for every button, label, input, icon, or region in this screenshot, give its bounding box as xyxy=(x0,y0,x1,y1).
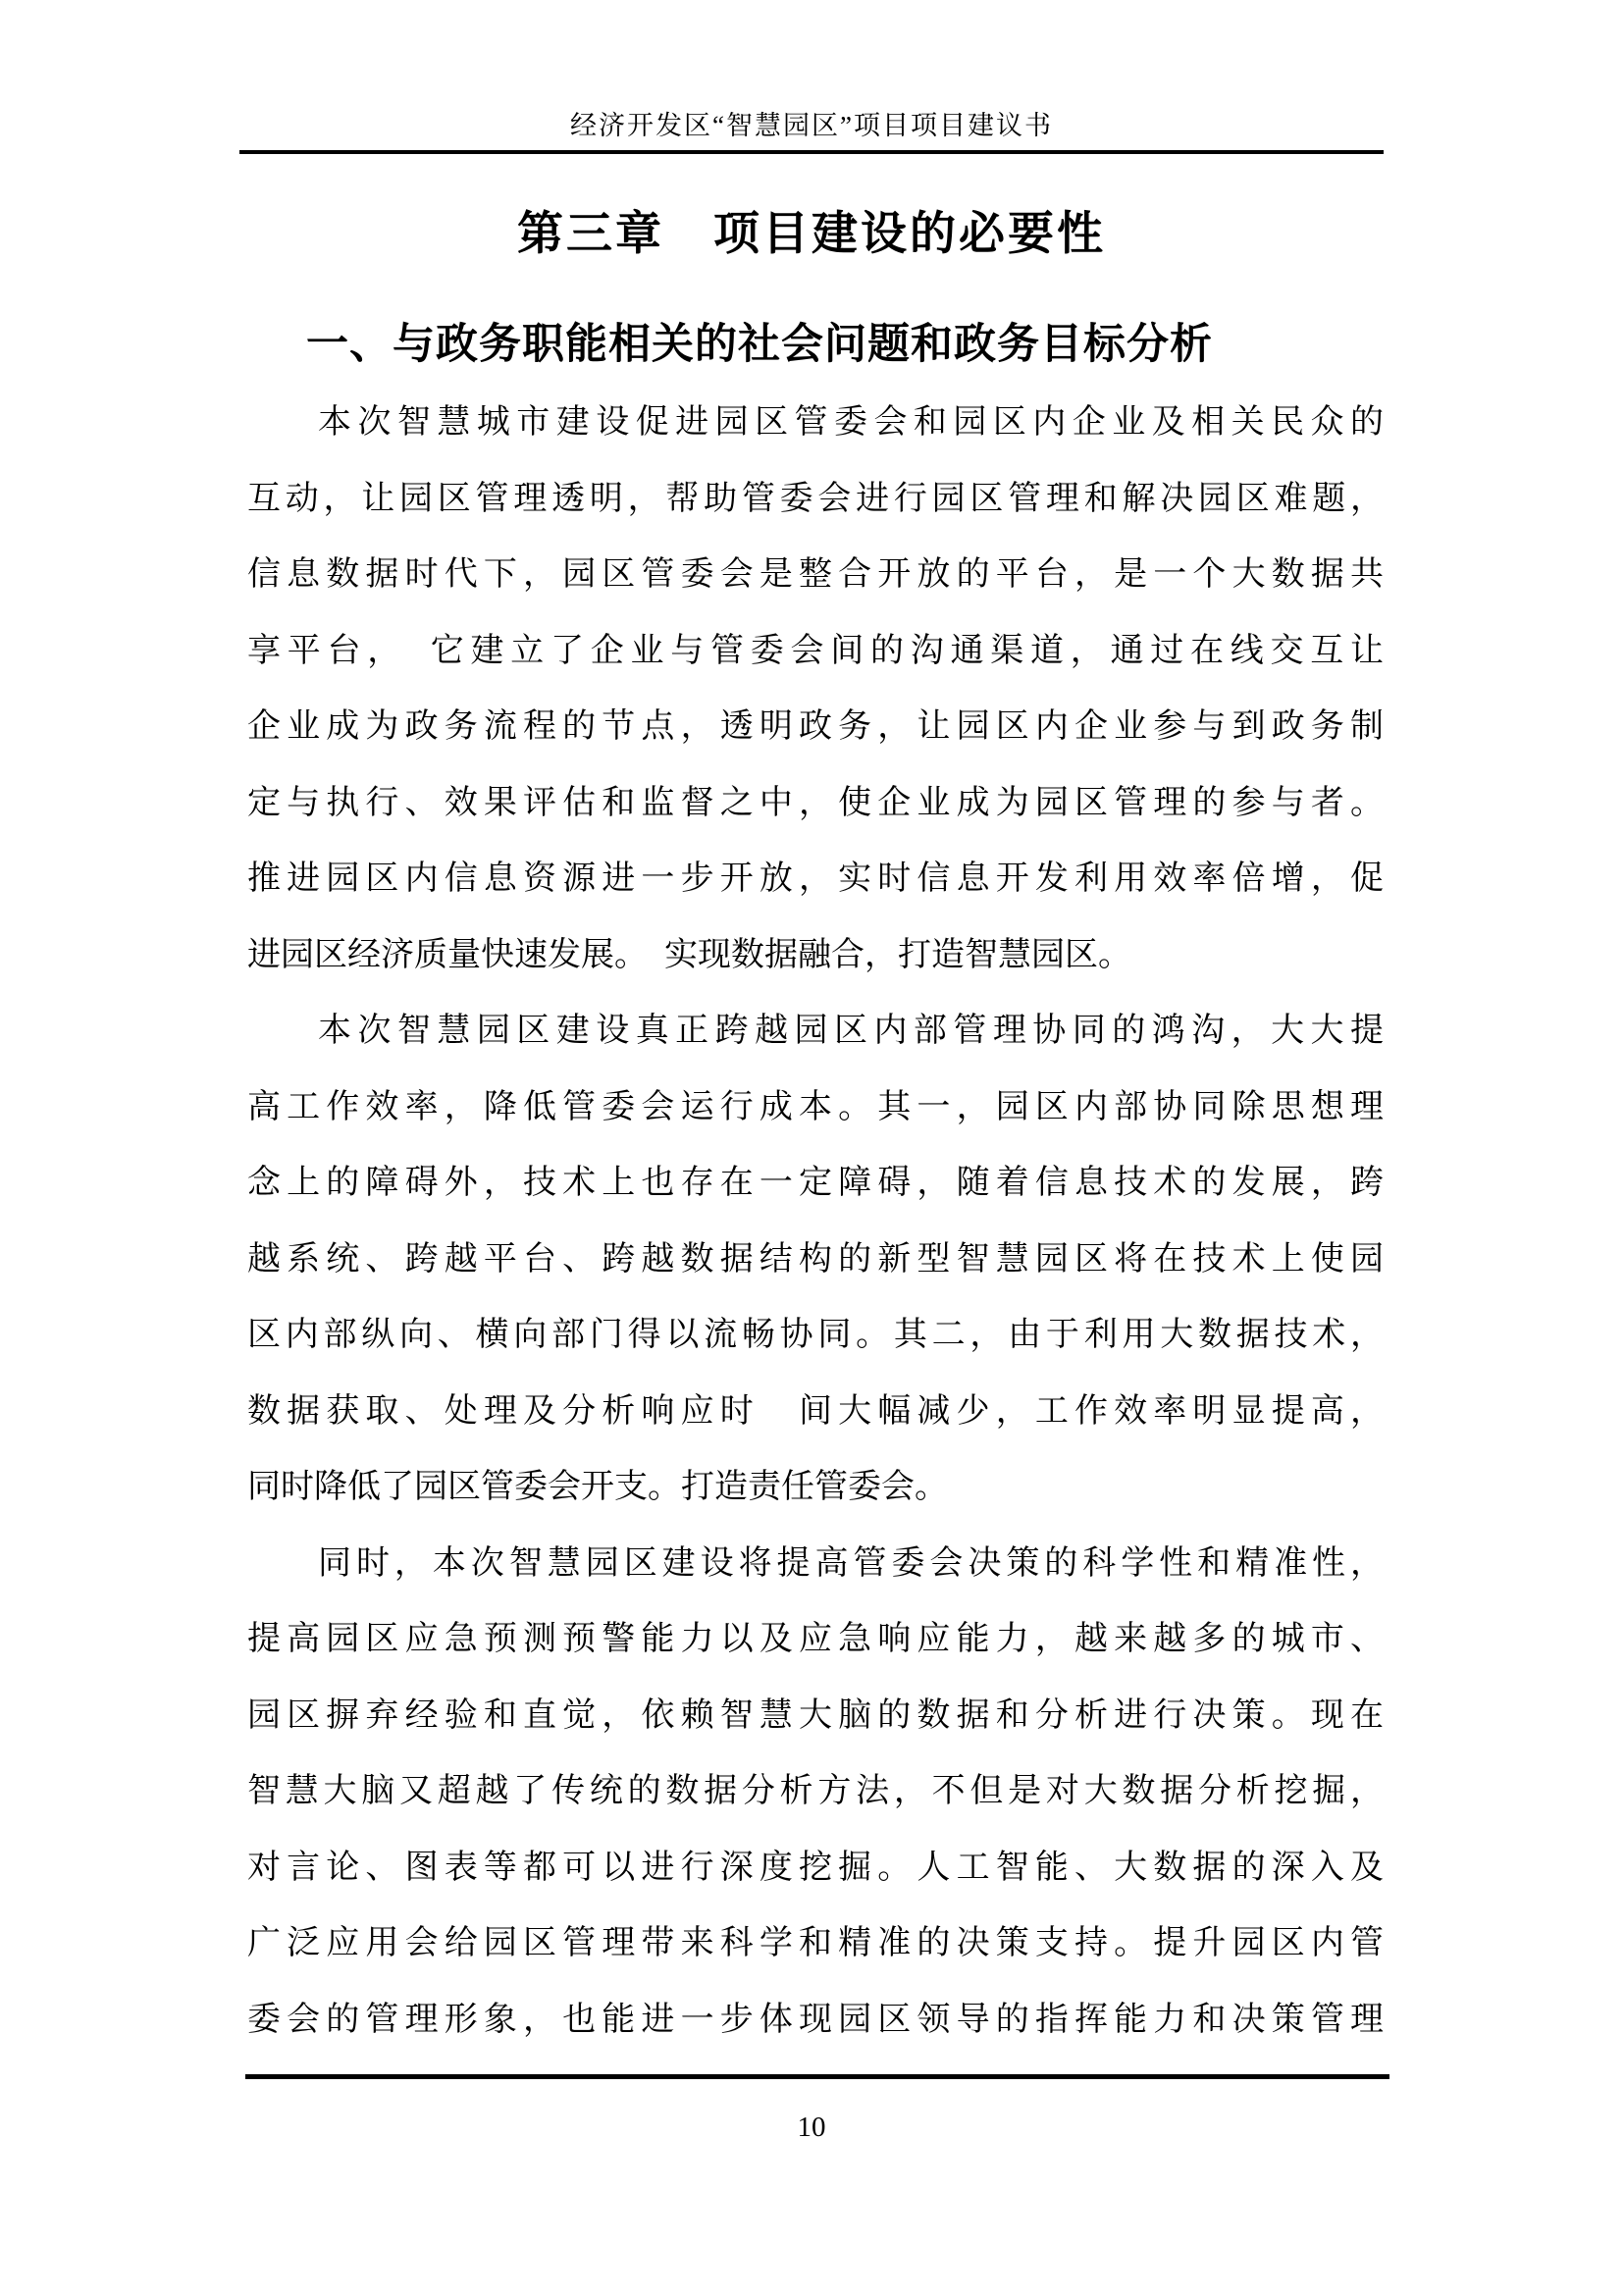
page-number: 10 xyxy=(239,2108,1384,2147)
footer-rule xyxy=(245,2074,1389,2079)
paragraph-line: 对言论、图表等都可以进行深度挖掘。人工智能、大数据的深入及 xyxy=(247,1830,1384,1906)
paragraph-line: 高工作效率，降低管委会运行成本。其一，园区内部协同除思想理 xyxy=(247,1069,1384,1146)
paragraph-line: 本次智慧城市建设促进园区管委会和园区内企业及相关民众的 xyxy=(247,385,1384,461)
paragraph-line: 园区摒弃经验和直觉，依赖智慧大脑的数据和分析进行决策。现在 xyxy=(247,1678,1384,1754)
header-rule xyxy=(239,150,1384,154)
paragraph-line: 进园区经济质量快速发展。 实现数据融合，打造智慧园区。 xyxy=(247,917,1384,994)
paragraph-line: 定与执行、效果评估和监督之中，使企业成为园区管理的参与者。 xyxy=(247,765,1384,842)
paragraph-line: 智慧大脑又超越了传统的数据分析方法，不但是对大数据分析挖掘， xyxy=(247,1753,1384,1830)
paragraph-line: 区内部纵向、横向部门得以流畅协同。其二，由于利用大数据技术， xyxy=(247,1297,1384,1374)
paragraph-line: 提高园区应急预测预警能力以及应急响应能力，越来越多的城市、 xyxy=(247,1601,1384,1678)
paragraph-line: 委会的管理形象，也能进一步体现园区领导的指挥能力和决策管理 xyxy=(247,1982,1384,2059)
paragraph-line: 推进园区内信息资源进一步开放，实时信息开发利用效率倍增，促 xyxy=(247,841,1384,917)
section-heading: 一、与政务职能相关的社会问题和政务目标分析 xyxy=(247,310,1384,381)
paragraph-line: 同时降低了园区管委会开支。打造责任管委会。 xyxy=(247,1449,1384,1526)
paragraph-line: 互动，让园区管理透明，帮助管委会进行园区管理和解决园区难题， xyxy=(247,461,1384,538)
chapter-title: 第三章 项目建设的必要性 xyxy=(239,199,1384,270)
body-text: 本次智慧城市建设促进园区管委会和园区内企业及相关民众的 互动，让园区管理透明，帮… xyxy=(247,385,1384,2058)
paragraph-line: 本次智慧园区建设真正跨越园区内部管理协同的鸿沟，大大提 xyxy=(247,993,1384,1069)
paragraph-line: 念上的障碍外，技术上也存在一定障碍，随着信息技术的发展，跨 xyxy=(247,1145,1384,1222)
paragraph-line: 企业成为政务流程的节点，透明政务，让园区内企业参与到政务制 xyxy=(247,689,1384,765)
document-page: 经济开发区“智慧园区”项目项目建议书 第三章 项目建设的必要性 一、与政务职能相… xyxy=(0,0,1624,2295)
paragraph-line: 同时，本次智慧园区建设将提高管委会决策的科学性和精准性， xyxy=(247,1526,1384,1602)
paragraph-line: 越系统、跨越平台、跨越数据结构的新型智慧园区将在技术上使园 xyxy=(247,1222,1384,1298)
paragraph-line: 数据获取、处理及分析响应时 间大幅减少，工作效率明显提高， xyxy=(247,1374,1384,1450)
header-title: 经济开发区“智慧园区”项目项目建议书 xyxy=(239,106,1384,145)
paragraph-line: 享平台， 它建立了企业与管委会间的沟通渠道，通过在线交互让 xyxy=(247,613,1384,690)
paragraph-line: 信息数据时代下，园区管委会是整合开放的平台，是一个大数据共 xyxy=(247,537,1384,613)
paragraph-line: 广泛应用会给园区管理带来科学和精准的决策支持。提升园区内管 xyxy=(247,1905,1384,1982)
